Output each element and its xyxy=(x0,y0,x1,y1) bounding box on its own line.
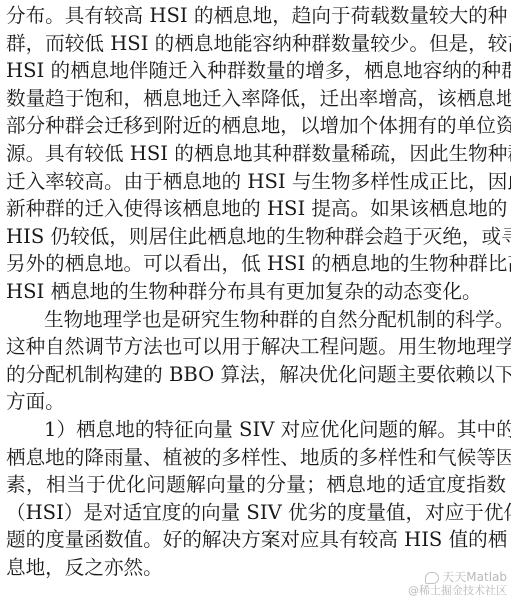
text-line: 另外的栖息地。可以看出，低 HSI 的栖息地的生物种群比高 xyxy=(6,250,506,278)
watermark: 天天Matlab @稀土掘金技术社区 xyxy=(408,571,507,597)
text-line: 数量趋于饱和，栖息地迁入率降低，迁出率增高，该栖息地的 xyxy=(6,85,506,113)
text-line: 的分配机制构建的 BBO 算法，解决优化问题主要依赖以下 4 xyxy=(6,361,506,389)
text-line: 素，相当于优化问题解向量的分量；栖息地的适宜度指数 xyxy=(6,471,506,499)
watermark-account: 天天Matlab xyxy=(442,571,507,584)
text-line: 栖息地的降雨量、植被的多样性、地质的多样性和气候等因 xyxy=(6,444,506,472)
text-line: 分布。具有较高 HSI 的栖息地，趋向于荷载数量较大的种 xyxy=(6,2,506,30)
text-line: 新种群的迁入使得该栖息地的 HSI 提高。如果该栖息地的 xyxy=(6,195,506,223)
text-line: 部分种群会迁移到附近的栖息地，以增加个体拥有的单位资 xyxy=(6,112,506,140)
text-line: HIS 仍较低，则居住此栖息地的生物种群会趋于灭绝，或寻找 xyxy=(6,223,506,251)
text-line: 1）栖息地的特征向量 SIV 对应优化问题的解。其中的 xyxy=(6,416,506,444)
text-line: 题的度量函数值。好的解决方案对应具有较高 HIS 值的栖 xyxy=(6,526,506,554)
document-page: 分布。具有较高 HSI 的栖息地，趋向于荷载数量较大的种 群，而较低 HSI 的… xyxy=(6,2,506,581)
watermark-account-row: 天天Matlab xyxy=(408,571,507,584)
watermark-source: @稀土掘金技术社区 xyxy=(408,584,507,597)
text-line: （HSI）是对适宜度的向量 SIV 优劣的度量值，对应于优化问 xyxy=(6,499,506,527)
text-line: 群，而较低 HSI 的栖息地能容纳种群数量较少。但是，较高 xyxy=(6,30,506,58)
text-line: 迁入率较高。由于栖息地的 HSI 与生物多样性成正比，因此 xyxy=(6,168,506,196)
text-line: 生物地理学也是研究生物种群的自然分配机制的科学。 xyxy=(6,306,506,334)
text-line: HSI 的栖息地伴随迁入种群数量的增多，栖息地容纳的种群 xyxy=(6,57,506,85)
text-line: 源。具有较低 HSI 的栖息地其种群数量稀疏，因此生物种群 xyxy=(6,140,506,168)
text-line: 这种自然调节方法也可以用于解决工程问题。用生物地理学 xyxy=(6,333,506,361)
text-line: HSI 栖息地的生物种群分布具有更加复杂的动态变化。 xyxy=(6,278,506,306)
text-line: 方面。 xyxy=(6,388,506,416)
wechat-icon xyxy=(425,572,439,584)
